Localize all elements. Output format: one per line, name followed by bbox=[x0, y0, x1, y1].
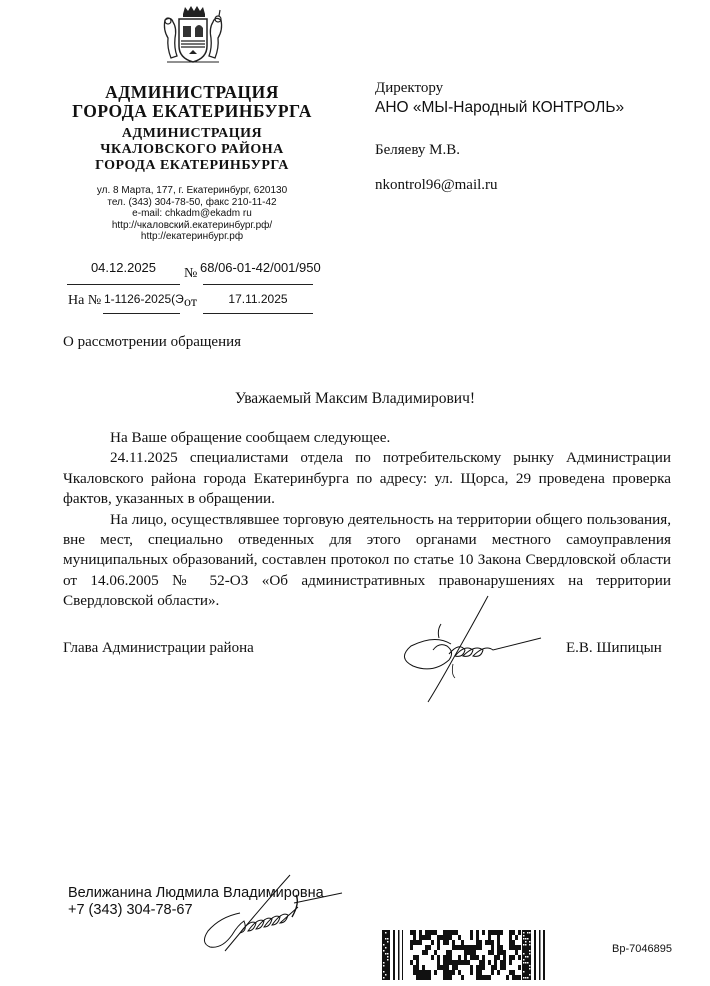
from-label: от bbox=[184, 295, 197, 311]
body-paragraph: На Ваше обращение сообщаем следующее. bbox=[63, 428, 671, 448]
org-name-line2: ГОРОДА ЕКАТЕРИНБУРГА bbox=[60, 101, 324, 122]
reply-number-label: На № bbox=[68, 293, 101, 309]
suborg-name-line3: ГОРОДА ЕКАТЕРИНБУРГА bbox=[60, 158, 324, 174]
reply-date: 17.11.2025 bbox=[203, 292, 313, 306]
signatory-position: Глава Администрации района bbox=[63, 640, 254, 657]
coat-of-arms-icon bbox=[157, 4, 229, 68]
body-paragraph: 24.11.2025 специалистами отдела по потре… bbox=[63, 448, 671, 509]
outgoing-number: 68/06-01-42/001/950 bbox=[200, 260, 322, 275]
signatory-name: Е.В. Шипицын bbox=[566, 640, 662, 657]
recipient-organization: АНО «МЫ-Народный КОНТРОЛЬ» bbox=[375, 99, 624, 117]
suborg-name-line2: ЧКАЛОВСКОГО РАЙОНА bbox=[60, 142, 324, 158]
recipient-name: Беляеву М.В. bbox=[375, 142, 460, 159]
website-line: http://чкаловский.екатеринбург.рф/ bbox=[60, 220, 324, 232]
outgoing-date: 04.12.2025 bbox=[66, 260, 181, 275]
body-paragraph: На лицо, осуществлявшее торговую деятель… bbox=[63, 510, 671, 612]
divider bbox=[203, 284, 313, 285]
letter-subject: О рассмотрении обращения bbox=[63, 334, 241, 351]
divider bbox=[67, 284, 180, 285]
divider bbox=[203, 313, 313, 314]
website-line: http://екатеринбург.рф bbox=[60, 231, 324, 243]
email-line: e-mail: chkadm@ekadm ru bbox=[60, 208, 324, 220]
letter-body: На Ваше обращение сообщаем следующее. 24… bbox=[63, 428, 671, 612]
handwritten-signature-icon bbox=[170, 873, 345, 955]
barcode-icon bbox=[382, 924, 552, 980]
reply-number: 1-1126-2025(Э bbox=[104, 292, 184, 306]
divider bbox=[103, 313, 180, 314]
recipient-email: nkontrol96@mail.ru bbox=[375, 177, 498, 194]
letterhead-contacts: ул. 8 Марта, 177, г. Екатеринбург, 62013… bbox=[60, 185, 324, 243]
document-code: Вр-7046895 bbox=[612, 943, 672, 955]
address-line: ул. 8 Марта, 177, г. Екатеринбург, 62013… bbox=[60, 185, 324, 197]
phone-fax-line: тел. (343) 304-78-50, факс 210-11-42 bbox=[60, 197, 324, 209]
greeting: Уважаемый Максим Владимирович! bbox=[0, 390, 710, 408]
org-name-line1: АДМИНИСТРАЦИЯ bbox=[60, 82, 324, 103]
recipient-position: Директору bbox=[375, 80, 443, 97]
suborg-name-line1: АДМИНИСТРАЦИЯ bbox=[60, 126, 324, 142]
number-label: № bbox=[184, 266, 197, 282]
handwritten-signature-icon bbox=[393, 594, 543, 706]
